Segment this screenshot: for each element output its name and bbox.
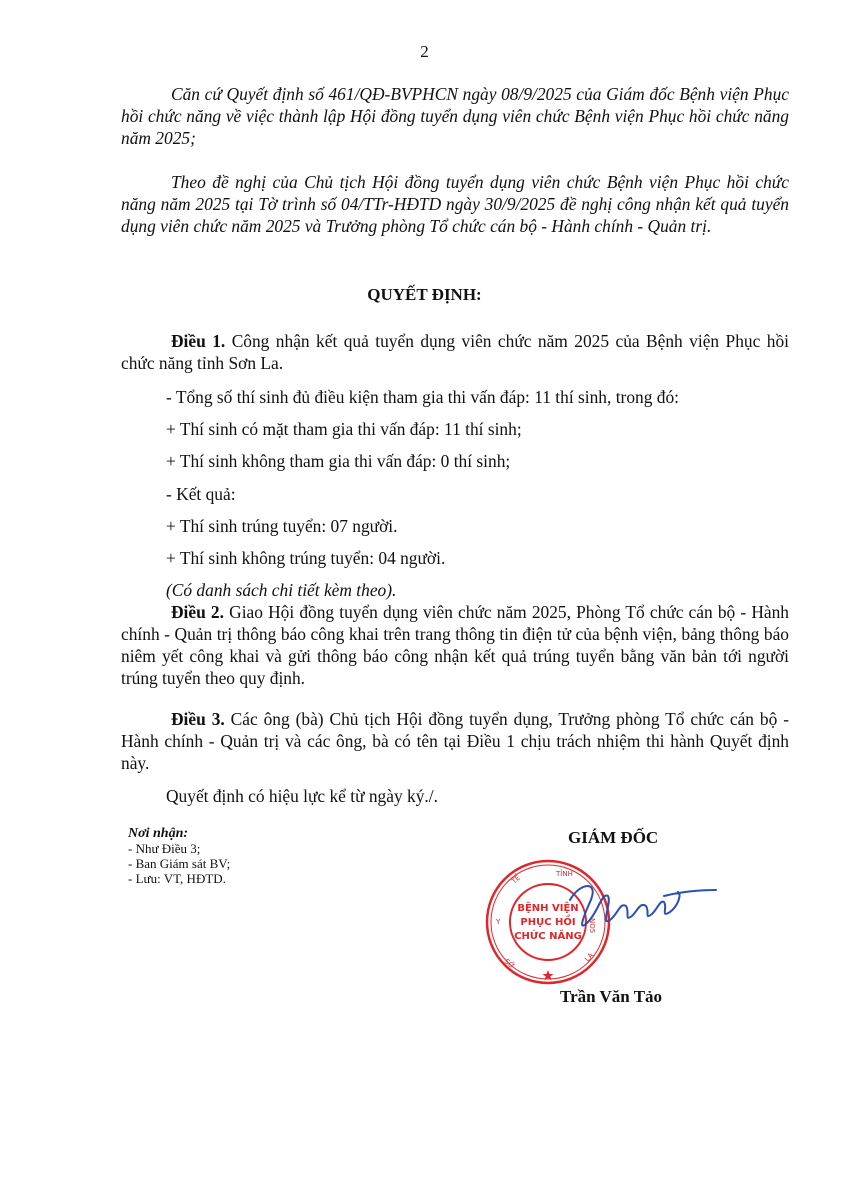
signature-icon [560, 872, 720, 942]
effective-clause: Quyết định có hiệu lực kể từ ngày ký./. [166, 785, 438, 807]
article-1-line: + Thí sinh không tham gia thi vấn đáp: 0… [166, 450, 510, 472]
article-1-line: + Thí sinh có mặt tham gia thi vấn đáp: … [166, 418, 522, 440]
svg-text:Y: Y [495, 918, 501, 926]
signer-name: Trần Văn Tảo [560, 987, 662, 1007]
recipient-item: - Lưu: VT, HĐTD. [128, 871, 230, 886]
article-1-note: (Có danh sách chi tiết kèm theo). [166, 579, 396, 601]
article-3: Điều 3. Các ông (bà) Chủ tịch Hội đồng t… [121, 708, 789, 774]
article-1-line: - Kết quả: [166, 483, 236, 505]
article-1-line: + Thí sinh trúng tuyển: 07 người. [166, 515, 397, 537]
recipient-item: - Ban Giám sát BV; [128, 856, 230, 871]
article-1-line: - Tổng số thí sinh đủ điều kiện tham gia… [166, 386, 679, 408]
decision-title: QUYẾT ĐỊNH: [0, 285, 849, 305]
article-2-label: Điều 2. [171, 602, 224, 622]
preamble-proposal: Theo đề nghị của Chủ tịch Hội đồng tuyển… [121, 171, 789, 237]
article-1-label: Điều 1. [171, 331, 225, 351]
article-2: Điều 2. Giao Hội đồng tuyển dụng viên ch… [121, 601, 789, 689]
recipients-heading: Nơi nhận: [128, 826, 230, 841]
recipient-item: - Như Điều 3; [128, 841, 230, 856]
article-1: Điều 1. Công nhận kết quả tuyển dụng viê… [121, 330, 789, 374]
preamble-basis: Căn cứ Quyết định số 461/QĐ-BVPHCN ngày … [121, 83, 789, 149]
article-3-label: Điều 3. [171, 709, 225, 729]
article-1-line: + Thí sinh không trúng tuyển: 04 người. [166, 547, 445, 569]
page-number: 2 [0, 42, 849, 62]
recipients-block: Nơi nhận: - Như Điều 3; - Ban Giám sát B… [128, 826, 230, 886]
signer-title: GIÁM ĐỐC [568, 828, 658, 848]
